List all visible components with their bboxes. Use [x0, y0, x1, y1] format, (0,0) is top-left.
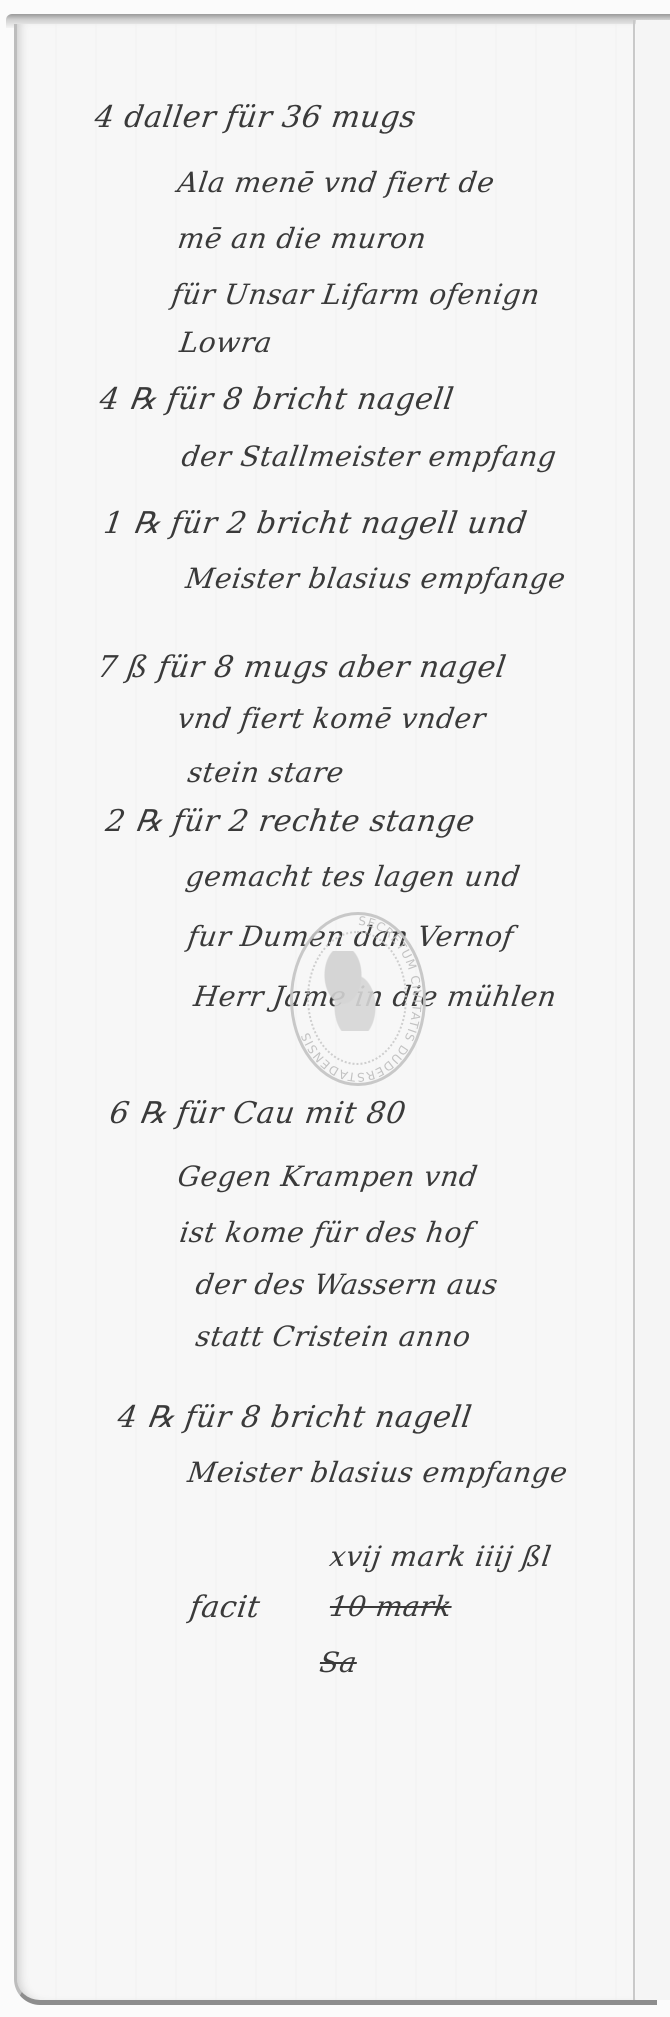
entry-line: mē an die muron [176, 222, 429, 255]
archive-stamp: SECRETUM CIVITATIS DUDERSTADENSIS [290, 912, 426, 1086]
stamp-legend-text: SECRETUM CIVITATIS DUDERSTADENSIS [298, 915, 423, 1083]
entry-line: für Unsar Lifarm ofenign [170, 278, 542, 311]
entry-line: der Stallmeister empfang [180, 440, 559, 473]
entry-line: Gegen Krampen vnd [176, 1160, 480, 1193]
stamp-legend: SECRETUM CIVITATIS DUDERSTADENSIS [293, 915, 423, 1083]
entry-line: 2 ℞ für 2 rechte stange [104, 804, 478, 839]
entry-line: Meister blasius empfange [184, 562, 568, 595]
entry-line: der des Wassern aus [194, 1268, 500, 1301]
struck-sum-mark: Sa [318, 1646, 360, 1679]
entry-line: 7 ß für 8 mugs aber nagel [96, 650, 509, 685]
entry-line: Lowra [178, 326, 275, 359]
svg-text:SECRETUM CIVITATIS DUDERSTADEN: SECRETUM CIVITATIS DUDERSTADENSIS [298, 915, 423, 1083]
entry-line: ist kome für des hof [178, 1216, 476, 1249]
entry-line: statt Cristein anno [194, 1320, 473, 1353]
entry-line: gemacht tes lagen und [184, 860, 523, 893]
total-label: facit [188, 1590, 263, 1625]
entry-line: Meister blasius empfange [186, 1456, 570, 1489]
entry-line: 6 ℞ für Cau mit 80 [108, 1096, 409, 1131]
entry-line: 4 ℞ für 8 bricht nagell [98, 382, 457, 417]
scanned-manuscript: 4 daller für 36 mugs Ala menē vnd fiert … [0, 0, 670, 2017]
entry-line: stein stare [186, 756, 346, 789]
entry-line: vnd fiert komē vnder [176, 702, 488, 735]
total-value: xvij mark iiij ßl [328, 1540, 554, 1573]
entry-line: Ala menē vnd fiert de [176, 166, 497, 199]
entry-line: 4 ℞ für 8 bricht nagell [116, 1400, 475, 1435]
struck-total-value: 10 mark [328, 1590, 454, 1623]
entry-line: 1 ℞ für 2 bricht nagell und [102, 506, 530, 541]
entry-line: 4 daller für 36 mugs [93, 100, 419, 135]
